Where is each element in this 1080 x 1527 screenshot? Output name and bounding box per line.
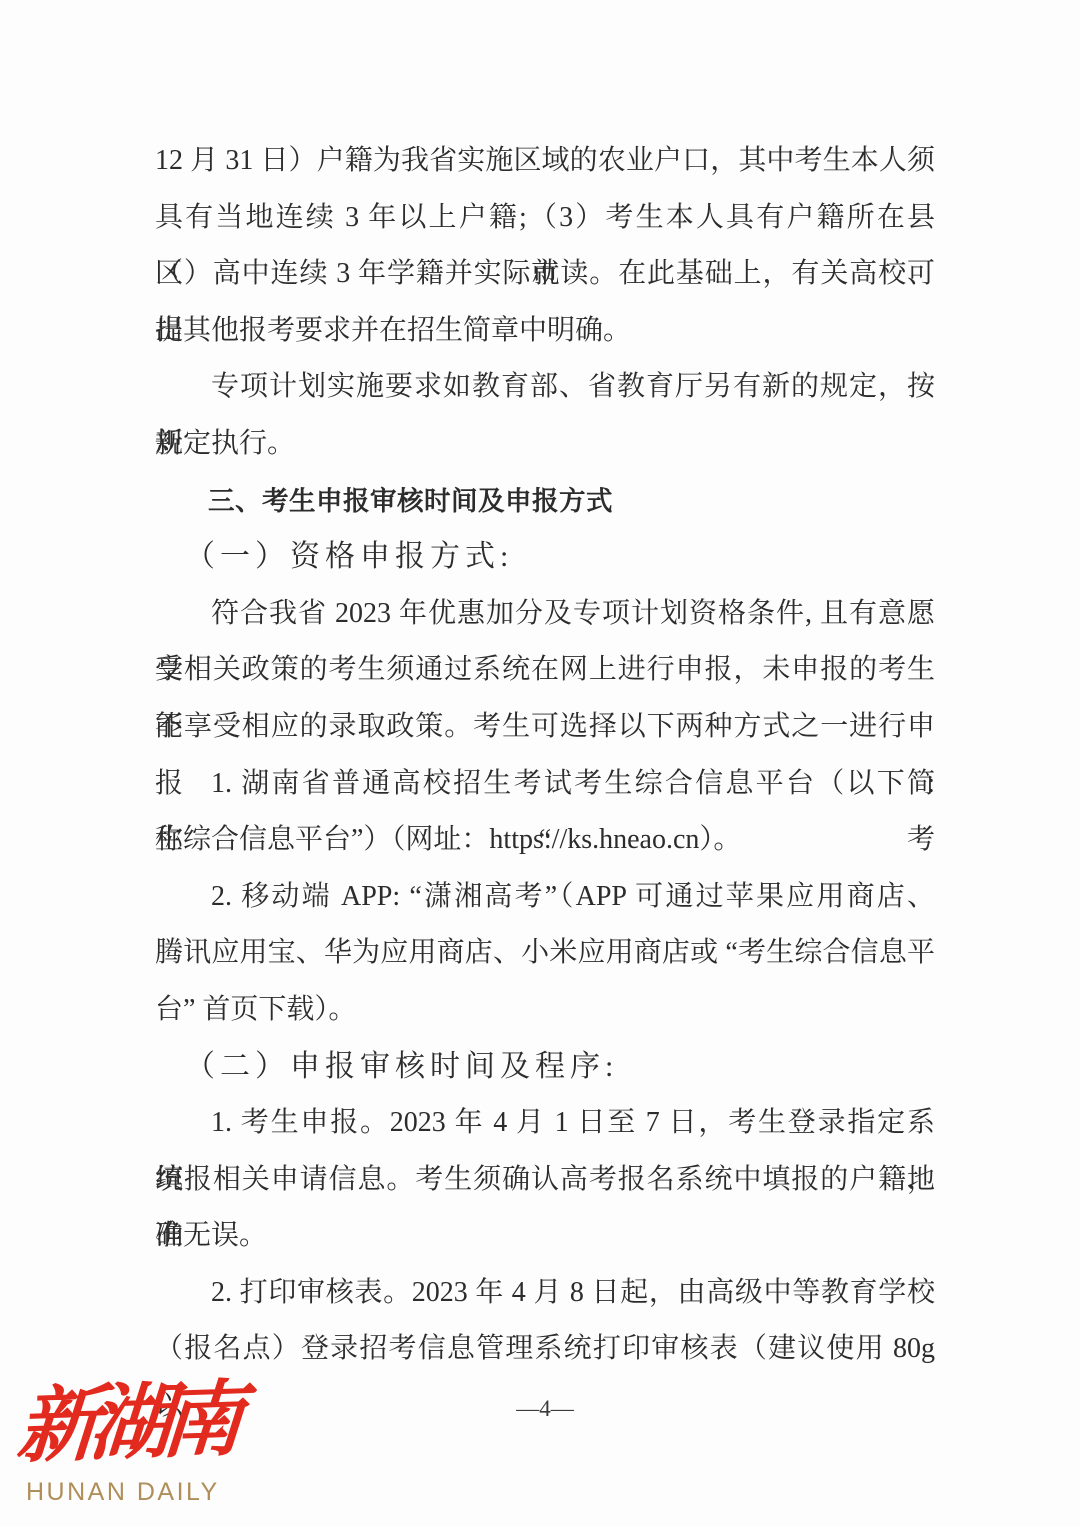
- text-line: 台” 首页下载）。: [155, 982, 935, 1039]
- text-line: 腾讯应用宝、华为应用商店、小米应用商店或 “考生综合信息平: [155, 925, 935, 982]
- text-line: 填报相关申请信息。考生须确认高考报名系统中填报的户籍地准: [155, 1152, 935, 1209]
- text-line: 12 月 31 日）户籍为我省实施区域的农业户口，其中考生本人须: [155, 133, 935, 190]
- sub-heading: （二）申报审核时间及程序:: [155, 1039, 935, 1096]
- text-line: 区）高中连续 3 年学籍并实际就读。在此基础上，有关高校可提: [155, 246, 935, 303]
- text-line: 能享受相应的录取政策。考生可选择以下两种方式之一进行申报:: [155, 699, 935, 756]
- text-line: 规定执行。: [155, 416, 935, 473]
- text-line: 符合我省 2023 年优惠加分及专项计划资格条件, 且有意愿享: [155, 586, 935, 643]
- logo-english-text: HUNAN DAILY: [26, 1478, 274, 1507]
- text-line: 出其他报考要求并在招生简章中明确。: [155, 303, 935, 360]
- logo-chinese-text: 新湖南: [14, 1369, 281, 1477]
- text-line: 2. 打印审核表。2023 年 4 月 8 日起，由高级中等教育学校: [155, 1265, 935, 1322]
- document-page: 12 月 31 日）户籍为我省实施区域的农业户口，其中考生本人须具有当地连续 3…: [0, 0, 1080, 1527]
- hunan-daily-logo: 新湖南 HUNAN DAILY: [14, 1378, 274, 1507]
- text-line: 受相关政策的考生须通过系统在网上进行申报，未申报的考生不: [155, 642, 935, 699]
- sub-heading: （一）资格申报方式:: [155, 529, 935, 586]
- text-line: 专项计划实施要求如教育部、省教育厅另有新的规定，按新: [155, 359, 935, 416]
- text-line: 1. 考生申报。2023 年 4 月 1 日至 7 日，考生登录指定系统，: [155, 1095, 935, 1152]
- text-line: 确无误。: [155, 1208, 935, 1265]
- text-line: 2. 移动端 APP: “潇湘高考”（APP 可通过苹果应用商店、: [155, 869, 935, 926]
- section-heading: 三、考生申报审核时间及申报方式: [155, 473, 935, 530]
- text-line: 具有当地连续 3 年以上户籍;（3）考生本人具有户籍所在县（市、: [155, 190, 935, 247]
- text-line: 1. 湖南省普通高校招生考试考生综合信息平台（以下简称“考: [155, 756, 935, 813]
- document-body: 12 月 31 日）户籍为我省实施区域的农业户口，其中考生本人须具有当地连续 3…: [155, 133, 935, 1378]
